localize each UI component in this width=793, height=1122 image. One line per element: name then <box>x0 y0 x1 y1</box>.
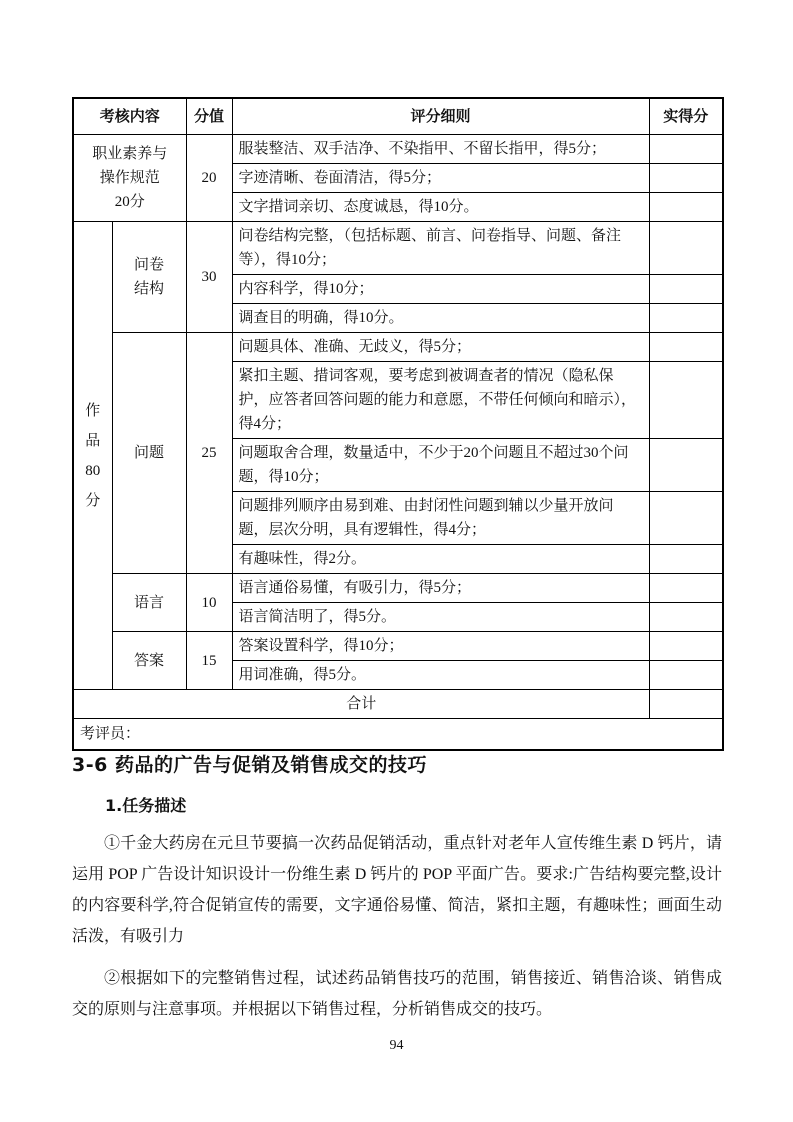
subcategory-questionnaire-structure: 问卷 结构 <box>112 222 186 333</box>
earned-cell <box>649 661 723 690</box>
category-label-line: 结构 <box>119 277 180 301</box>
task-paragraph-2: ②根据如下的完整销售过程，试述药品销售技巧的范围，销售接近、销售洽谈、销售成交的… <box>72 963 722 1025</box>
rule-cell: 答案设置科学，得10分； <box>232 632 649 661</box>
rule-cell: 语言简洁明了，得5分。 <box>232 603 649 632</box>
category-label-char: 作 <box>80 396 106 426</box>
rule-cell: 内容科学，得10分； <box>232 275 649 304</box>
rule-cell: 文字措词亲切、态度诚恳，得10分。 <box>232 193 649 222</box>
category-professionalism: 职业素养与 操作规范 20分 <box>73 135 186 222</box>
header-score: 分值 <box>186 98 232 135</box>
header-content: 考核内容 <box>73 98 186 135</box>
earned-cell <box>649 492 723 545</box>
rule-cell: 字迹清晰、卷面清洁，得5分； <box>232 164 649 193</box>
rule-cell: 问卷结构完整，（包括标题、前言、问卷指导、问题、备注等），得10分； <box>232 222 649 275</box>
score-cell: 20 <box>186 135 232 222</box>
table-row: 问题 25 问题具体、准确、无歧义，得5分； <box>73 333 723 362</box>
table-row: 作 品 80 分 问卷 结构 30 问卷结构完整，（包括标题、前言、问卷指导、问… <box>73 222 723 275</box>
earned-cell <box>649 603 723 632</box>
task-paragraph-1: ①千金大药房在元旦节要搞一次药品促销活动，重点针对老年人宣传维生素 D 钙片，请… <box>72 828 722 952</box>
category-label-line: 问题 <box>119 441 180 465</box>
category-work: 作 品 80 分 <box>73 222 112 690</box>
category-label-line: 语言 <box>119 591 180 615</box>
table-header-row: 考核内容 分值 评分细则 实得分 <box>73 98 723 135</box>
category-label-line: 20分 <box>80 190 180 214</box>
table-row: 职业素养与 操作规范 20分 20 服装整洁、双手洁净、不染指甲、不留长指甲，得… <box>73 135 723 164</box>
document-page: 考核内容 分值 评分细则 实得分 职业素养与 操作规范 20分 20 服装整洁、… <box>0 0 793 1122</box>
rule-cell: 语言通俗易懂，有吸引力，得5分； <box>232 574 649 603</box>
subsection-heading: 1.任务描述 <box>105 795 722 817</box>
header-earned: 实得分 <box>649 98 723 135</box>
earned-cell <box>649 362 723 439</box>
rule-cell: 问题排列顺序由易到难、由封闭性问题到辅以少量开放问题，层次分明，具有逻辑性，得4… <box>232 492 649 545</box>
table-row: 语言 10 语言通俗易懂，有吸引力，得5分； <box>73 574 723 603</box>
earned-cell <box>649 304 723 333</box>
score-cell: 15 <box>186 632 232 690</box>
total-label: 合计 <box>73 690 649 719</box>
rule-cell: 用词准确，得5分。 <box>232 661 649 690</box>
section-content: 3-6 药品的广告与促销及销售成交的技巧 1.任务描述 ①千金大药房在元旦节要搞… <box>72 752 722 1025</box>
subcategory-answers: 答案 <box>112 632 186 690</box>
rubric-table: 考核内容 分值 评分细则 实得分 职业素养与 操作规范 20分 20 服装整洁、… <box>72 97 724 751</box>
rule-cell: 问题具体、准确、无歧义，得5分； <box>232 333 649 362</box>
rule-cell: 紧扣主题、措词客观，要考虑到被调查者的情况（隐私保护，应答者回答问题的能力和意愿… <box>232 362 649 439</box>
earned-cell <box>649 222 723 275</box>
score-cell: 10 <box>186 574 232 632</box>
earned-cell <box>649 164 723 193</box>
category-label-line: 问卷 <box>119 253 180 277</box>
rule-cell: 问题取舍合理，数量适中，不少于20个问题且不超过30个问题，得10分； <box>232 439 649 492</box>
earned-cell <box>649 545 723 574</box>
subcategory-questions: 问题 <box>112 333 186 574</box>
category-label-char: 分 <box>80 486 106 516</box>
earned-cell <box>649 193 723 222</box>
earned-cell <box>649 574 723 603</box>
earned-cell <box>649 439 723 492</box>
earned-cell <box>649 690 723 719</box>
category-label-line: 操作规范 <box>80 166 180 190</box>
category-label-char: 80 <box>80 456 106 486</box>
score-cell: 30 <box>186 222 232 333</box>
examiner-row: 考评员： <box>73 719 723 751</box>
earned-cell <box>649 135 723 164</box>
earned-cell <box>649 275 723 304</box>
category-label-char: 品 <box>80 426 106 456</box>
score-cell: 25 <box>186 333 232 574</box>
page-number: 94 <box>0 1038 793 1054</box>
rule-cell: 有趣味性，得2分。 <box>232 545 649 574</box>
section-heading: 3-6 药品的广告与促销及销售成交的技巧 <box>72 752 722 778</box>
category-label-line: 答案 <box>119 649 180 673</box>
table-row: 答案 15 答案设置科学，得10分； <box>73 632 723 661</box>
earned-cell <box>649 632 723 661</box>
total-row: 合计 <box>73 690 723 719</box>
examiner-label: 考评员： <box>73 719 723 751</box>
rule-cell: 服装整洁、双手洁净、不染指甲、不留长指甲，得5分； <box>232 135 649 164</box>
earned-cell <box>649 333 723 362</box>
category-label-line: 职业素养与 <box>80 142 180 166</box>
rule-cell: 调查目的明确，得10分。 <box>232 304 649 333</box>
header-rules: 评分细则 <box>232 98 649 135</box>
subcategory-language: 语言 <box>112 574 186 632</box>
